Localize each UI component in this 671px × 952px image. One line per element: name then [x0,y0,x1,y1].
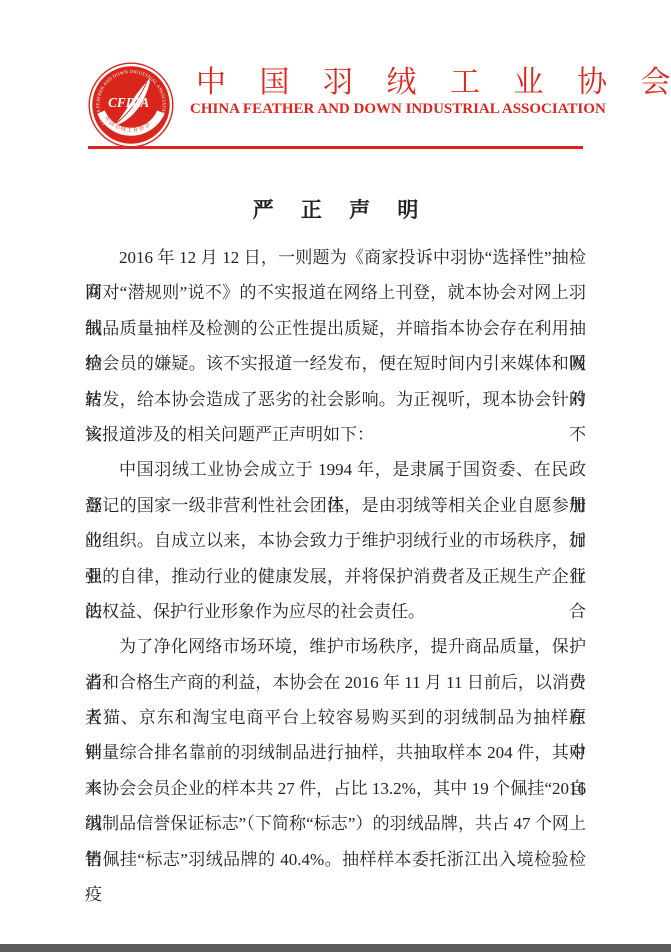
body-text-line: 售佩挂“标志”羽绒品牌的 40.4%。抽样样本委托浙江出入境检验检疫 [85,842,586,877]
paragraph-3: 为了净化网络市场环境，维护市场秩序，提升商品质量，保护消费者和合格生产商的利益，… [85,629,586,877]
body-text-line: 本协会会员企业的样本共 27 件，占比 13.2%，其中 19 个佩挂“2016… [85,771,586,806]
body-text-line: 2016 年 12 月 12 日，一则题为《商家投诉中羽协“选择性”抽检 网 [85,240,586,275]
paragraph-2: 中国羽绒工业协会成立于 1994 年，是隶属于国资委、在民政部注册登记的国家一级… [85,452,586,629]
logo-abbr-text: CFDIA [108,95,149,110]
body-text-line: 者和合格生产商的利益，本协会在 2016 年 11 月 11 日前后，以消费者在 [85,665,586,700]
scanned-statement-page: CHINA FEATHER AND DOWN INDUSTRIAL ASSOCI… [0,0,671,952]
association-logo: CHINA FEATHER AND DOWN INDUSTRIAL ASSOCI… [87,61,175,149]
body-text-line: 商对“潜规则”说不》的不实报道在网络上刊登，就本协会对网上羽绒 [85,275,586,310]
body-text-line: 为了净化网络市场环境，维护市场秩序，提升商品质量，保护消费 [85,629,586,664]
document-body: 2016 年 12 月 12 日，一则题为《商家投诉中羽协“选择性”抽检 网商对… [85,240,586,877]
paragraph-1: 2016 年 12 月 12 日，一则题为《商家投诉中羽协“选择性”抽检 网商对… [85,240,586,452]
body-text-line: 业的自律，推动行业的健康发展，并将保护消费者及正规生产企业的合 [85,559,586,594]
body-text-line: 转发，给本协会造成了恶劣的社会影响。为正视听，现本协会针对该不 [85,382,586,417]
body-text-line: 登记的国家一级非营利性社会团体，是由羽绒等相关企业自愿参加的行 [85,488,586,523]
body-text-line: 绒制品信誉保证标志”（下简称“标志”）的羽绒品牌，共占 47 个网上销 [85,806,586,841]
letterhead: CHINA FEATHER AND DOWN INDUSTRIAL ASSOCI… [0,0,671,160]
document-title: 严 正 声 明 [85,194,586,224]
body-text-line: 业组织。自成立以来，本协会致力于维护羽绒行业的市场秩序，加强行 [85,523,586,558]
body-text-line: 销量综合排名靠前的羽绒制品进行抽样，共抽取样本 204 件，其中来自 [85,735,586,770]
letterhead-rule [88,146,583,149]
org-name-english: CHINA FEATHER AND DOWN INDUSTRIAL ASSOCI… [190,99,586,119]
body-text-line: 纳会员的嫌疑。该不实报道一经发布，便在短时间内引来媒体和网站的 [85,346,586,381]
org-name-chinese: 中 国 羽 绒 工 业 协 会 [196,66,586,100]
body-text-line: 中国羽绒工业协会成立于 1994 年，是隶属于国资委、在民政部注册 [85,452,586,487]
body-text-line: 天猫、京东和淘宝电商平台上较容易购买到的羽绒制品为抽样原则，对 [85,700,586,735]
viewer-bottom-edge [0,944,671,952]
association-logo-graphic: CHINA FEATHER AND DOWN INDUSTRIAL ASSOCI… [87,61,175,149]
body-text-line: 制品质量抽样及检测的公正性提出质疑，并暗指本协会存在利用抽检吸 [85,311,586,346]
